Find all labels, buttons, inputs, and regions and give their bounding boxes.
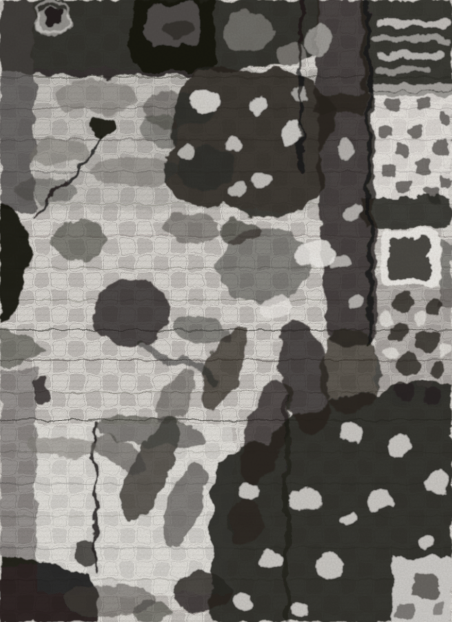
sketch-artwork [0,0,452,622]
artwork-canvas [0,0,452,622]
grain-overlay [0,0,452,622]
